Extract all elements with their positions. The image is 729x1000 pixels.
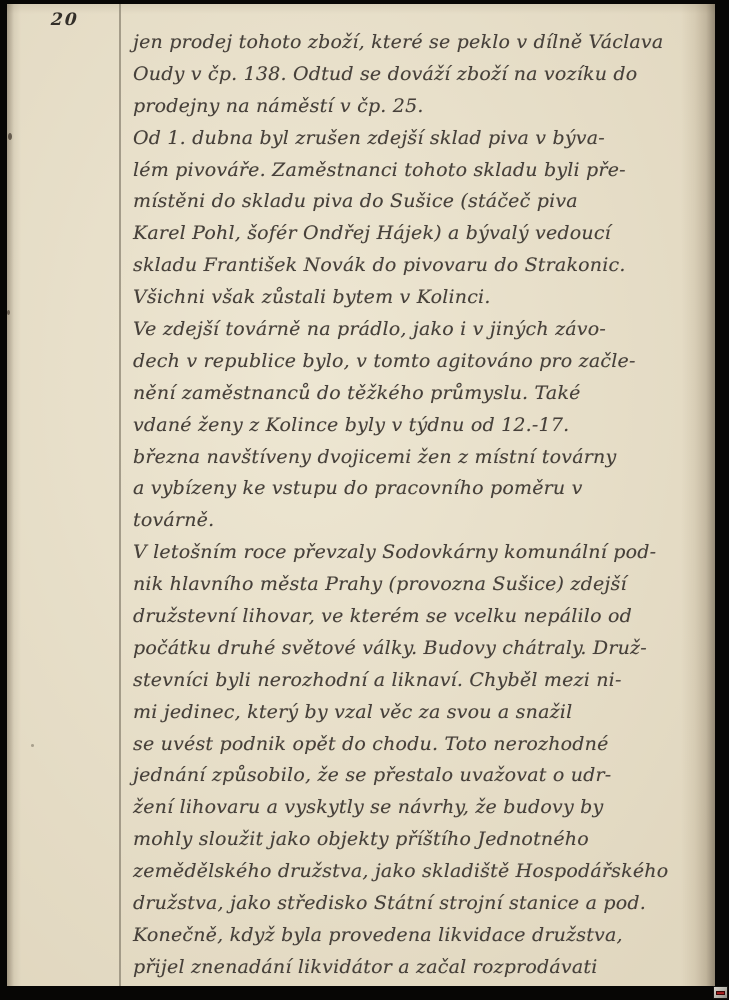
manuscript-line: se uvést podnik opět do chodu. Toto nero… bbox=[133, 728, 705, 760]
paper-speck bbox=[31, 744, 34, 747]
manuscript-line: nik hlavního města Prahy (provozna Sušic… bbox=[133, 568, 705, 600]
manuscript-line: V letošním roce převzaly Sodovkárny komu… bbox=[133, 536, 705, 568]
manuscript-line: zemědělského družstva, jako skladiště Ho… bbox=[133, 855, 705, 887]
manuscript-line: prodejny na náměstí v čp. 25. bbox=[133, 90, 705, 122]
manuscript-line: mi jedinec, který by vzal věc za svou a … bbox=[133, 696, 705, 728]
manuscript-line: a vybízeny ke vstupu do pracovního poměr… bbox=[133, 472, 705, 504]
page-number: 20 bbox=[50, 10, 79, 30]
minimize-icon[interactable] bbox=[713, 986, 728, 999]
scan-frame: 20 jen prodej tohoto zboží, které se pek… bbox=[0, 0, 729, 1000]
manuscript-line: továrně. bbox=[133, 504, 705, 536]
manuscript-line: jen prodej tohoto zboží, které se peklo … bbox=[133, 26, 705, 58]
paper-speck bbox=[7, 310, 10, 315]
manuscript-text: jen prodej tohoto zboží, které se peklo … bbox=[133, 26, 705, 983]
manuscript-line: přijel znenadání likvidátor a začal rozp… bbox=[133, 951, 705, 983]
manuscript-line: žení lihovaru a vyskytly se návrhy, že b… bbox=[133, 791, 705, 823]
manuscript-line: nění zaměstnanců do těžkého průmyslu. Ta… bbox=[133, 377, 705, 409]
manuscript-line: Ve zdejší továrně na prádlo, jako i v ji… bbox=[133, 313, 705, 345]
minimize-bar-glyph bbox=[716, 991, 725, 995]
manuscript-line: skladu František Novák do pivovaru do St… bbox=[133, 249, 705, 281]
manuscript-page: 20 jen prodej tohoto zboží, které se pek… bbox=[7, 4, 715, 986]
manuscript-line: místěni do skladu piva do Sušice (stáčeč… bbox=[133, 185, 705, 217]
paper-speck bbox=[8, 133, 12, 140]
manuscript-line: Konečně, když byla provedena likvidace d… bbox=[133, 919, 705, 951]
manuscript-line: družstevní lihovar, ve kterém se vcelku … bbox=[133, 600, 705, 632]
manuscript-line: počátku druhé světové války. Budovy chát… bbox=[133, 632, 705, 664]
manuscript-line: stevníci byli nerozhodní a liknaví. Chyb… bbox=[133, 664, 705, 696]
manuscript-line: Od 1. dubna byl zrušen zdejší sklad piva… bbox=[133, 122, 705, 154]
manuscript-line: lém pivováře. Zaměstnanci tohoto skladu … bbox=[133, 154, 705, 186]
manuscript-line: jednání způsobilo, že se přestalo uvažov… bbox=[133, 759, 705, 791]
manuscript-line: Karel Pohl, šofér Ondřej Hájek) a bývalý… bbox=[133, 217, 705, 249]
manuscript-line: mohly sloužit jako objekty příštího Jedn… bbox=[133, 823, 705, 855]
manuscript-line: Všichni však zůstali bytem v Kolinci. bbox=[133, 281, 705, 313]
manuscript-line: dech v republice bylo, v tomto agitováno… bbox=[133, 345, 705, 377]
manuscript-line: vdané ženy z Kolince byly v týdnu od 12.… bbox=[133, 409, 705, 441]
manuscript-line: družstva, jako středisko Státní strojní … bbox=[133, 887, 705, 919]
margin-rule-line bbox=[119, 4, 121, 986]
manuscript-line: Oudy v čp. 138. Odtud se dováží zboží na… bbox=[133, 58, 705, 90]
manuscript-line: března navštíveny dvojicemi žen z místní… bbox=[133, 441, 705, 473]
